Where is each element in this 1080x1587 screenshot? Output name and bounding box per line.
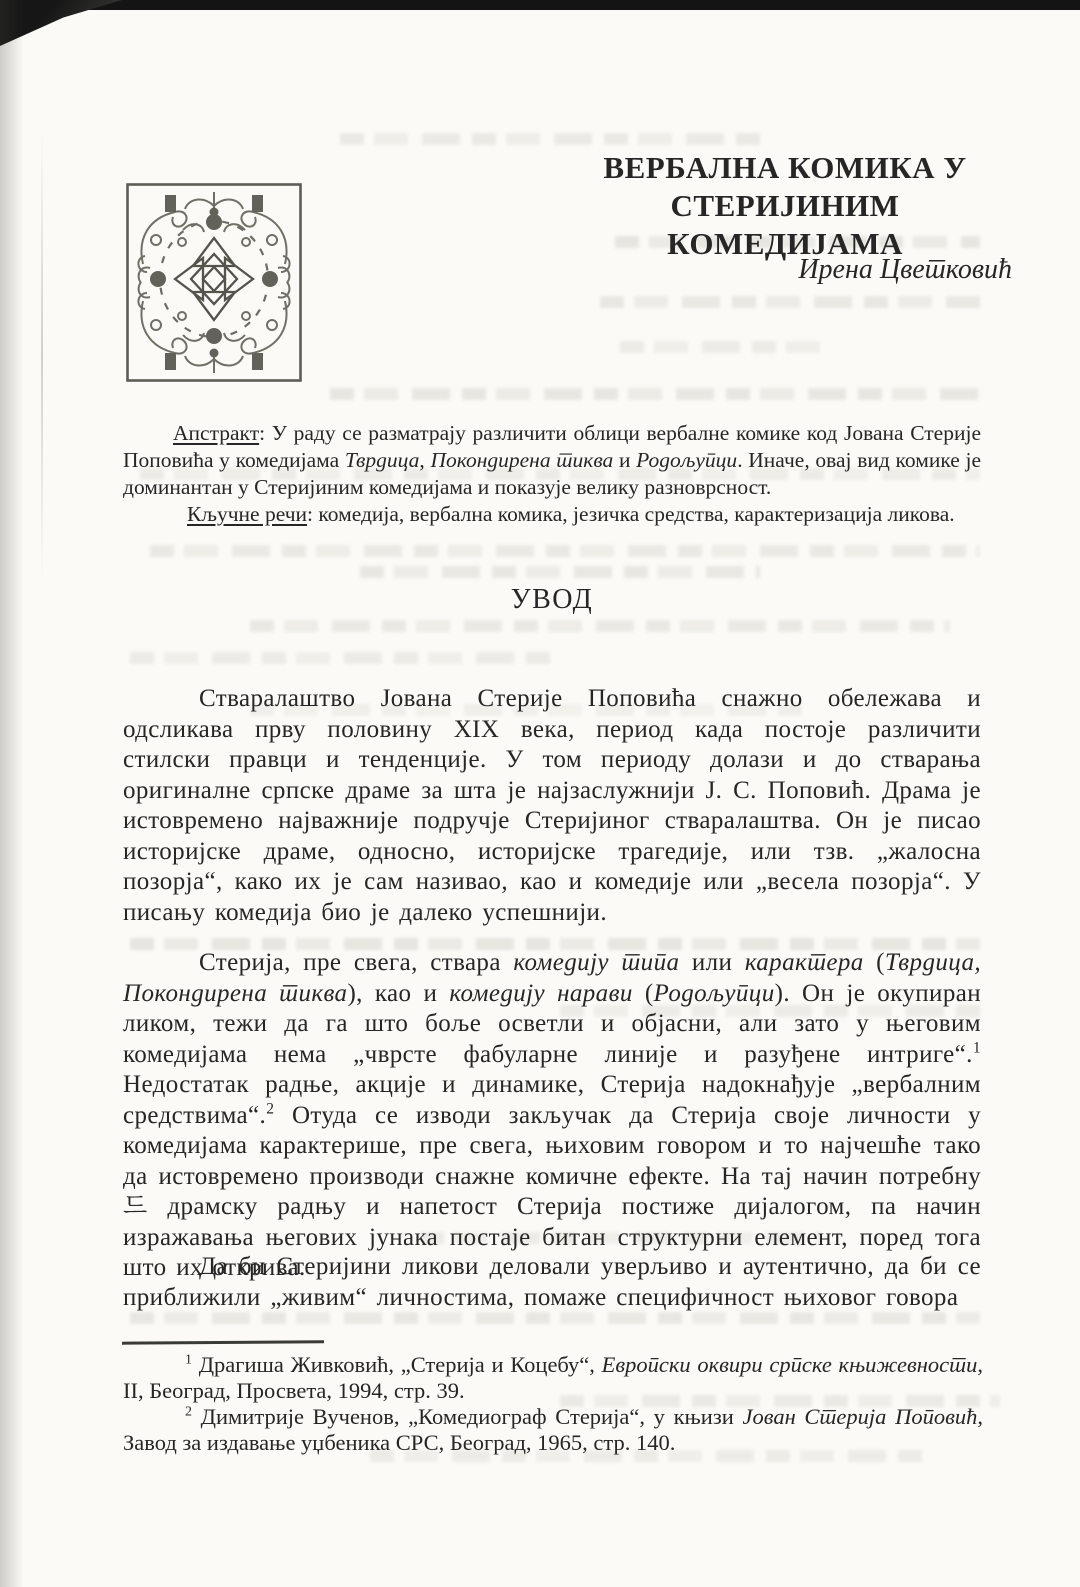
body-paragraph-1: Стваралаштво Јована Стерије Поповића сна… bbox=[123, 684, 981, 928]
ornament-vignette-icon bbox=[125, 182, 303, 383]
scan-edge-left bbox=[0, 0, 24, 1587]
article-title: ВЕРБАЛНА КОМИКА У СТЕРИЈИНИМ КОМЕДИЈАМА bbox=[555, 149, 1015, 263]
keywords-line: Кључне речи: комедија, вербална комика, … bbox=[123, 502, 981, 527]
title-line-2: СТЕРИЈИНИМ КОМЕДИЈАМА bbox=[555, 187, 1015, 263]
bleedthrough-line bbox=[330, 388, 980, 400]
footnote-2: 2 Димитрије Вученов, „Комедиограф Стериј… bbox=[123, 1404, 983, 1456]
page-crease bbox=[41, 130, 43, 580]
footnote-1: 1 Драгиша Живковић, „Стерија и Коцебу“, … bbox=[123, 1352, 983, 1404]
scan-edge-top bbox=[0, 0, 1080, 10]
body-paragraph-3: Да би Стеријини ликови деловали уверљиво… bbox=[123, 1252, 981, 1313]
bleedthrough-line bbox=[620, 341, 830, 353]
bleedthrough-line bbox=[130, 652, 550, 664]
title-line-1: ВЕРБАЛНА КОМИКА У bbox=[555, 149, 1015, 187]
author-name: Ирена Цветковић bbox=[590, 254, 1012, 286]
bleedthrough-line bbox=[130, 1312, 980, 1324]
footnote-separator bbox=[122, 1340, 324, 1344]
bleedthrough-line bbox=[150, 545, 980, 557]
bleedthrough-line bbox=[360, 566, 760, 578]
body-paragraph-2: Стерија, пре свега, ствара комедију типа… bbox=[123, 948, 981, 1284]
bleedthrough-line bbox=[250, 620, 950, 632]
bleedthrough-line bbox=[600, 296, 980, 308]
abstract-paragraph: Апстракт: У раду се разматрају различити… bbox=[123, 420, 981, 501]
section-heading-uvod: УВОД bbox=[123, 584, 981, 616]
scanned-paper-page: ВЕРБАЛНА КОМИКА У СТЕРИЈИНИМ КОМЕДИЈАМА … bbox=[0, 0, 1080, 1587]
bleedthrough-line bbox=[340, 133, 760, 145]
